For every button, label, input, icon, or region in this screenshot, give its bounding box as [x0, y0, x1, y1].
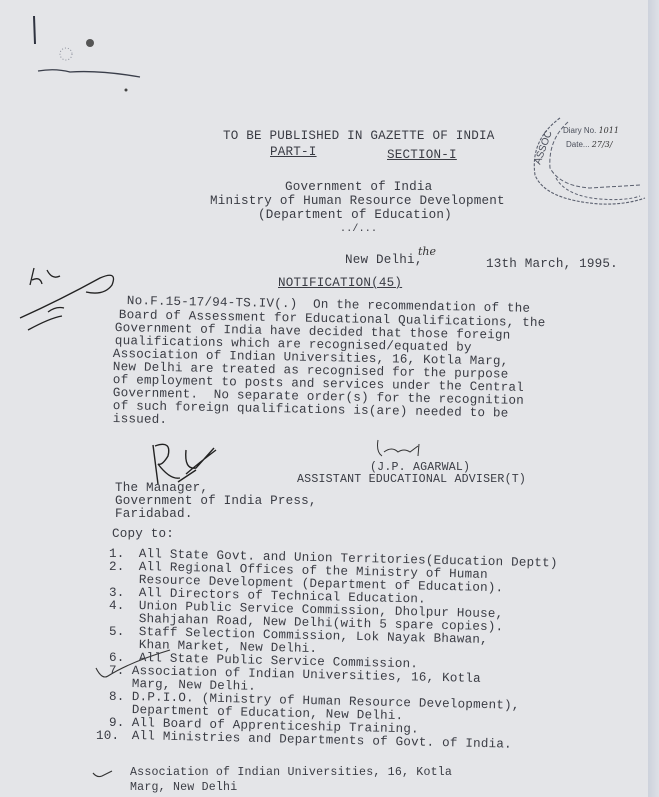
issuer-ministry: Ministry of Human Resource Development	[210, 194, 505, 208]
notification-title: NOTIFICATION(45)	[278, 276, 402, 290]
date-label: Date	[566, 140, 583, 149]
copy-item-number: 8.	[109, 690, 125, 704]
overlap-fragment-bottom: Marg, New Delhi	[130, 781, 237, 794]
copy-to-label: Copy to:	[112, 527, 174, 541]
copy-item-number: 3.	[109, 586, 125, 600]
copy-item-number: 5.	[109, 625, 125, 639]
overlap-line-1: Association of Indian Universities, 16, …	[130, 766, 452, 779]
signatory-title: ASSISTANT EDUCATIONAL ADVISER(T)	[297, 473, 526, 486]
gazette-publish-line: TO BE PUBLISHED IN GAZETTE OF INDIA	[223, 129, 495, 143]
stamp-diary-no: Diary No. 1011	[563, 126, 619, 135]
separator-dots: ../...	[340, 224, 377, 235]
diary-value: 1011	[599, 126, 619, 135]
gazette-section: SECTION-I	[387, 148, 457, 162]
copy-item-number: 6.	[109, 651, 125, 665]
place: New Delhi,	[345, 253, 423, 267]
copy-item-number: 9.	[109, 716, 125, 730]
addressee-line: Faridabad.	[115, 507, 193, 521]
copy-item-number: 1.	[109, 547, 125, 561]
addressee-line: The Manager,	[115, 481, 208, 495]
copy-item-number: 2.	[109, 560, 125, 574]
stamp-date: Date... 27/3/	[566, 140, 612, 149]
gazette-part: PART-I	[270, 145, 317, 159]
issue-date: 13th March, 1995.	[486, 257, 618, 271]
copy-item-number: 10.	[96, 729, 119, 743]
overlap-fragment-top: Association of Indian Universities, 16, …	[130, 766, 452, 779]
issuer-government: Government of India	[285, 180, 432, 194]
issuer-department: (Department of Education)	[258, 208, 452, 222]
date-value: 27/3/	[592, 140, 613, 149]
diary-label: Diary No.	[563, 126, 596, 135]
body-line: issued.	[113, 412, 168, 427]
addressee-line: Government of India Press,	[115, 494, 317, 508]
copy-item-number: 4.	[109, 599, 125, 613]
copy-item-number: 7.	[109, 664, 125, 678]
